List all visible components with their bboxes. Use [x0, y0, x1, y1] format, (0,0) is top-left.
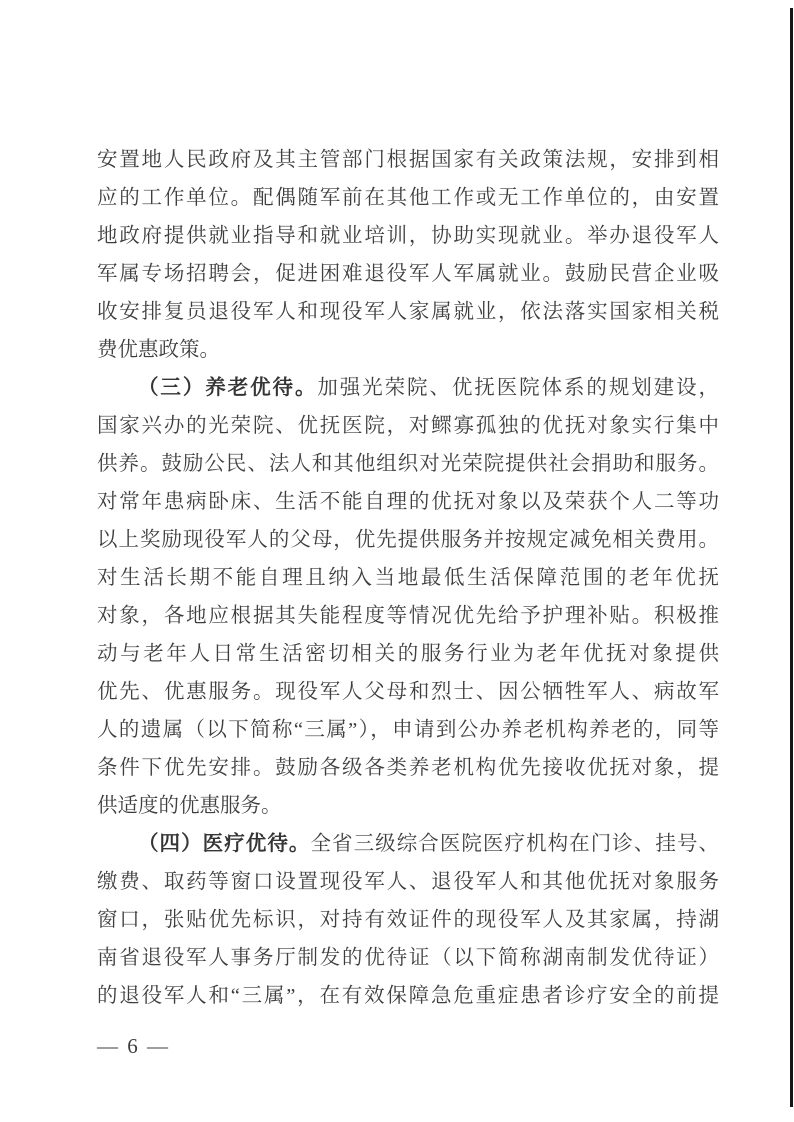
text-line: 收安排复员退役军人和现役军人家属就业，依法落实国家相关税 [97, 293, 719, 331]
text-line: 以上奖励现役军人的父母，优先提供服务并按规定减免相关费用。 [97, 521, 719, 559]
text-segment: 对象，各地应根据其失能程度等情况优先给予护理补贴。积极推 [97, 605, 719, 627]
text-line: 国家兴办的光荣院、优抚医院，对鳏寡孤独的优抚对象实行集中 [97, 407, 719, 445]
text-segment: 供养。鼓励公民、法人和其他组织对光荣院提供社会捐助和服务。 [97, 453, 719, 475]
text-line: 费优惠政策。 [97, 331, 719, 369]
section-heading: （四）医疗优待。 [138, 833, 310, 855]
document-body: 安置地人民政府及其主管部门根据国家有关政策法规，安排到相应的工作单位。配偶随军前… [97, 141, 719, 1015]
text-line: 对常年患病卧床、生活不能自理的优抚对象以及荣获个人二等功 [97, 483, 719, 521]
text-line: 供适度的优惠服务。 [97, 787, 719, 825]
text-line: 动与老年人日常生活密切相关的服务行业为老年优抚对象提供 [97, 635, 719, 673]
text-line: 窗口，张贴优先标识，对持有效证件的现役军人及其家属，持湖 [97, 901, 719, 939]
text-segment: 安置地人民政府及其主管部门根据国家有关政策法规，安排到相 [97, 149, 719, 171]
text-line: 供养。鼓励公民、法人和其他组织对光荣院提供社会捐助和服务。 [97, 445, 719, 483]
text-segment: 全省三级综合医院医疗机构在门诊、挂号、 [310, 833, 719, 855]
scan-edge-line [790, 8, 793, 1107]
text-line: 人的遗属（以下简称“三属”），申请到公办养老机构养老的，同等 [97, 711, 719, 749]
text-segment: 费优惠政策。 [97, 339, 220, 361]
text-segment: 军属专场招聘会，促进困难退役军人军属就业。鼓励民营企业吸 [97, 263, 719, 285]
text-segment: 动与老年人日常生活密切相关的服务行业为老年优抚对象提供 [97, 643, 719, 665]
text-segment: 缴费、取药等窗口设置现役军人、退役军人和其他优抚对象服务 [97, 871, 719, 893]
text-segment: 国家兴办的光荣院、优抚医院，对鳏寡孤独的优抚对象实行集中 [97, 415, 719, 437]
text-line: 对象，各地应根据其失能程度等情况优先给予护理补贴。积极推 [97, 597, 719, 635]
text-line: 南省退役军人事务厅制发的优待证（以下简称湖南制发优待证） [97, 939, 719, 977]
text-segment: 优先、优惠服务。现役军人父母和烈士、因公牺牲军人、病故军 [97, 681, 719, 703]
text-segment: 收安排复员退役军人和现役军人家属就业，依法落实国家相关税 [97, 301, 719, 323]
text-segment: 窗口，张贴优先标识，对持有效证件的现役军人及其家属，持湖 [97, 909, 719, 931]
text-line: 应的工作单位。配偶随军前在其他工作或无工作单位的，由安置 [97, 179, 719, 217]
text-segment: 以上奖励现役军人的父母，优先提供服务并按规定减免相关费用。 [97, 529, 719, 551]
text-segment: 地政府提供就业指导和就业培训，协助实现就业。举办退役军人 [97, 225, 719, 247]
text-segment: 对生活长期不能自理且纳入当地最低生活保障范围的老年优抚 [97, 567, 719, 589]
text-segment: 对常年患病卧床、生活不能自理的优抚对象以及荣获个人二等功 [97, 491, 719, 513]
text-line: 优先、优惠服务。现役军人父母和烈士、因公牺牲军人、病故军 [97, 673, 719, 711]
text-segment: 的退役军人和“三属”，在有效保障急危重症患者诊疗安全的前提 [97, 985, 719, 1007]
text-segment: 加强光荣院、优抚医院体系的规划建设， [317, 377, 719, 399]
text-line: 的退役军人和“三属”，在有效保障急危重症患者诊疗安全的前提 [97, 977, 719, 1015]
text-segment: 人的遗属（以下简称“三属”），申请到公办养老机构养老的，同等 [97, 719, 719, 741]
section-heading: （三）养老优待。 [138, 377, 317, 399]
text-line: （三）养老优待。加强光荣院、优抚医院体系的规划建设， [97, 369, 719, 407]
text-line: 军属专场招聘会，促进困难退役军人军属就业。鼓励民营企业吸 [97, 255, 719, 293]
text-segment: 应的工作单位。配偶随军前在其他工作或无工作单位的，由安置 [97, 187, 719, 209]
text-line: 条件下优先安排。鼓励各级各类养老机构优先接收优抚对象，提 [97, 749, 719, 787]
text-line: 缴费、取药等窗口设置现役军人、退役军人和其他优抚对象服务 [97, 863, 719, 901]
text-line: （四）医疗优待。全省三级综合医院医疗机构在门诊、挂号、 [97, 825, 719, 863]
text-segment: 条件下优先安排。鼓励各级各类养老机构优先接收优抚对象，提 [97, 757, 719, 779]
text-line: 安置地人民政府及其主管部门根据国家有关政策法规，安排到相 [97, 141, 719, 179]
text-line: 对生活长期不能自理且纳入当地最低生活保障范围的老年优抚 [97, 559, 719, 597]
text-segment: 南省退役军人事务厅制发的优待证（以下简称湖南制发优待证） [97, 947, 719, 969]
document-page: 安置地人民政府及其主管部门根据国家有关政策法规，安排到相应的工作单位。配偶随军前… [0, 0, 794, 1122]
text-line: 地政府提供就业指导和就业培训，协助实现就业。举办退役军人 [97, 217, 719, 255]
text-segment: 供适度的优惠服务。 [97, 795, 282, 817]
page-number: — 6 — [97, 1031, 170, 1061]
